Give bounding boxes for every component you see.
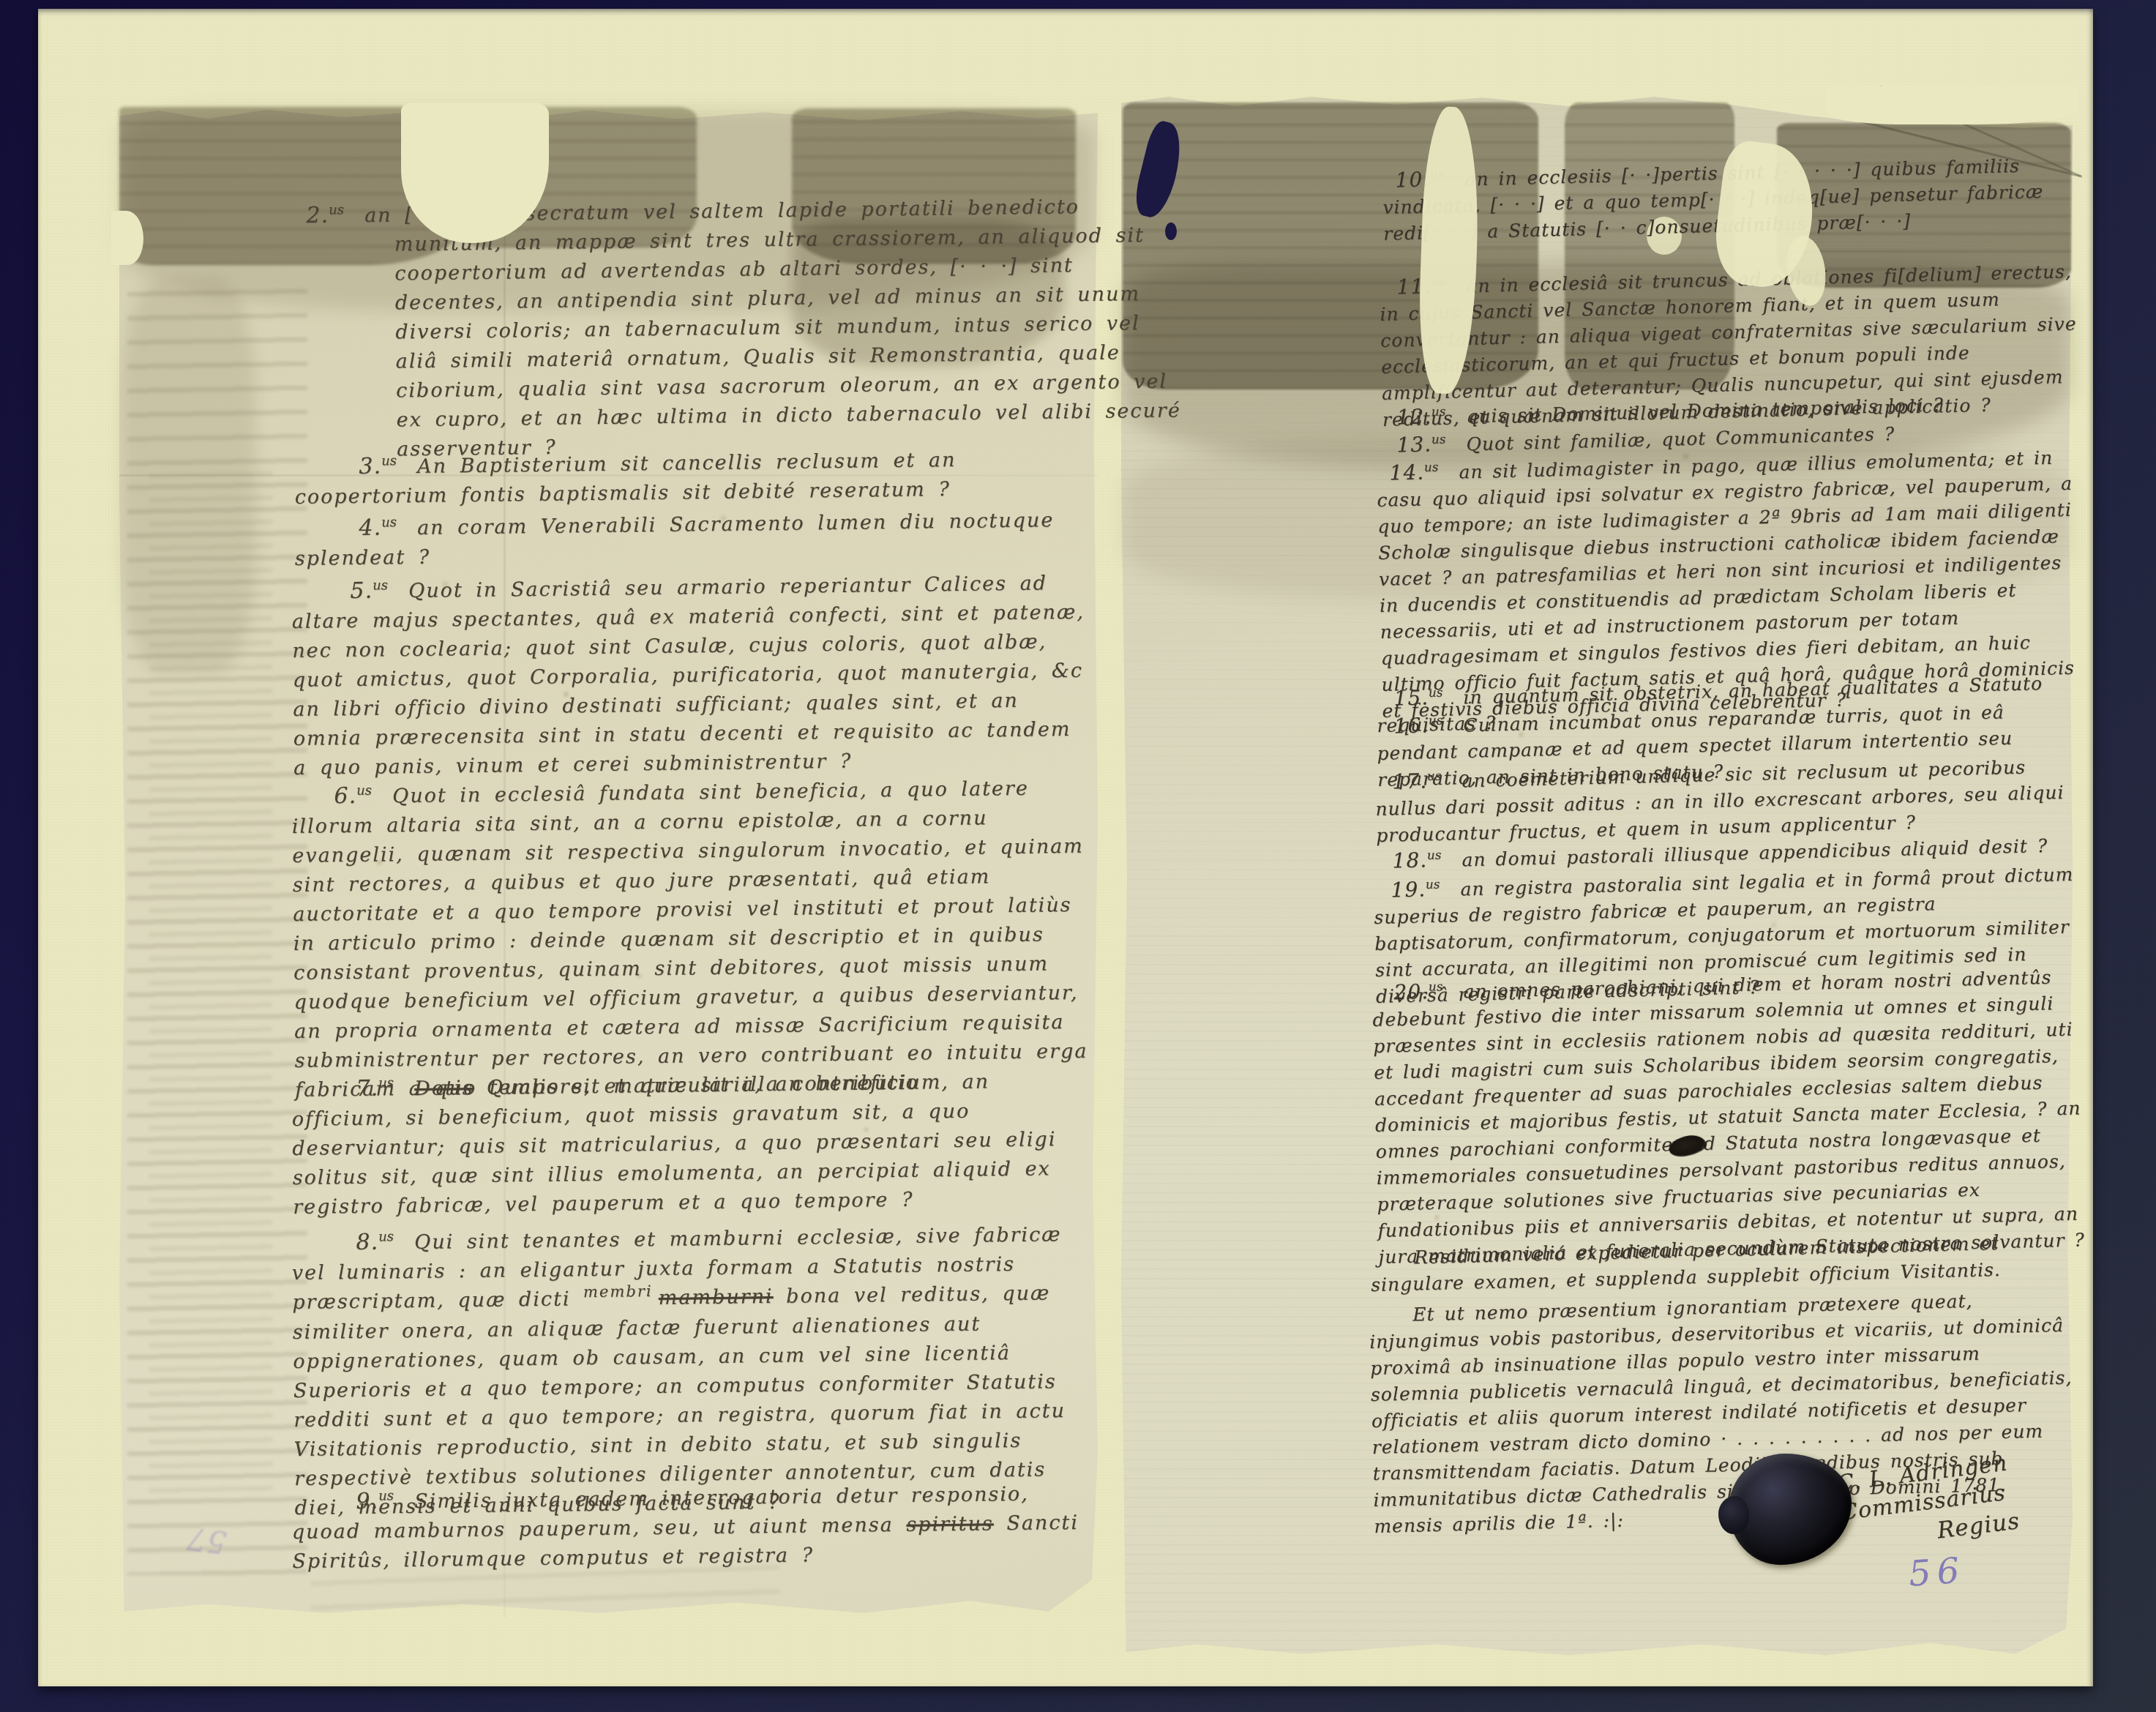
item-text: Qualis sit matricularia, an beneficium, … xyxy=(292,1070,1057,1219)
question-item-20: 20.usan omnes parochiani, qui diem et ho… xyxy=(1371,957,2087,1271)
struck-word: spiritus xyxy=(906,1512,994,1536)
question-item-9: 9.usSimilis juxta eadem interrogatoria d… xyxy=(291,1473,1079,1577)
item-number: 19.us xyxy=(1390,877,1440,902)
item-number: 10.us xyxy=(1395,167,1445,192)
question-item-5: 5.usQuot in Sacristiâ seu armario reperi… xyxy=(291,563,1087,783)
item-text: Quot in ecclesiâ fundata sint beneficia,… xyxy=(292,777,1088,1102)
item-text: an [· · ·] consecratum vel saltem lapide… xyxy=(364,195,1181,460)
question-item-4: 4.usan coram Venerabili Sacramento lumen… xyxy=(294,500,1084,574)
item-text: Quot in Sacristiâ seu armario reperiantu… xyxy=(292,572,1085,780)
question-item-2: 2.usan [· · ·] consecratum vel saltem la… xyxy=(306,185,1183,466)
interlinear-correction: membri xyxy=(583,1281,653,1300)
archival-page-number: 56 xyxy=(1907,1550,1966,1594)
item-number: 11.us xyxy=(1396,274,1446,299)
foxing-spots xyxy=(0,0,5,5)
question-item-6: 6.usQuot in ecclesiâ fundata sint benefi… xyxy=(291,768,1090,1105)
item-number: 20.us xyxy=(1393,979,1443,1005)
item-number: 18.us xyxy=(1392,848,1442,873)
archival-number-ghost: 57 xyxy=(185,1520,228,1560)
question-item-7: 7.usDotis Qualis sit matricularia, an be… xyxy=(291,1061,1088,1222)
item-text: an coram Venerabili Sacramento lumen diu… xyxy=(295,509,1055,570)
item-text: an in ecclesiis [· ·]pertis sint [· · · … xyxy=(1382,155,2044,244)
item-number: 2.us xyxy=(306,202,344,228)
item-number: 3.us xyxy=(359,453,397,479)
item-number: 5.us xyxy=(350,577,388,604)
archival-photograph: 2.usan [· · ·] consecratum vel saltem la… xyxy=(0,0,2156,1712)
struck-word: mamburni xyxy=(659,1285,774,1309)
item-number: 6.us xyxy=(334,783,372,810)
item-number: 9.us xyxy=(356,1488,394,1514)
item-number: 16.us xyxy=(1393,713,1443,739)
item-number: 7.us xyxy=(356,1075,394,1102)
question-item-10: 10.usan in ecclesiis [· ·]pertis sint [·… xyxy=(1382,146,2081,248)
struck-word: Dotis xyxy=(414,1077,474,1100)
item-number: 17.us xyxy=(1392,769,1442,794)
item-number: 14.us xyxy=(1389,460,1439,485)
item-text: an omnes parochiani, qui diem et horam n… xyxy=(1372,967,2085,1268)
item-number: 4.us xyxy=(359,515,397,541)
item-number: 8.us xyxy=(356,1229,394,1255)
